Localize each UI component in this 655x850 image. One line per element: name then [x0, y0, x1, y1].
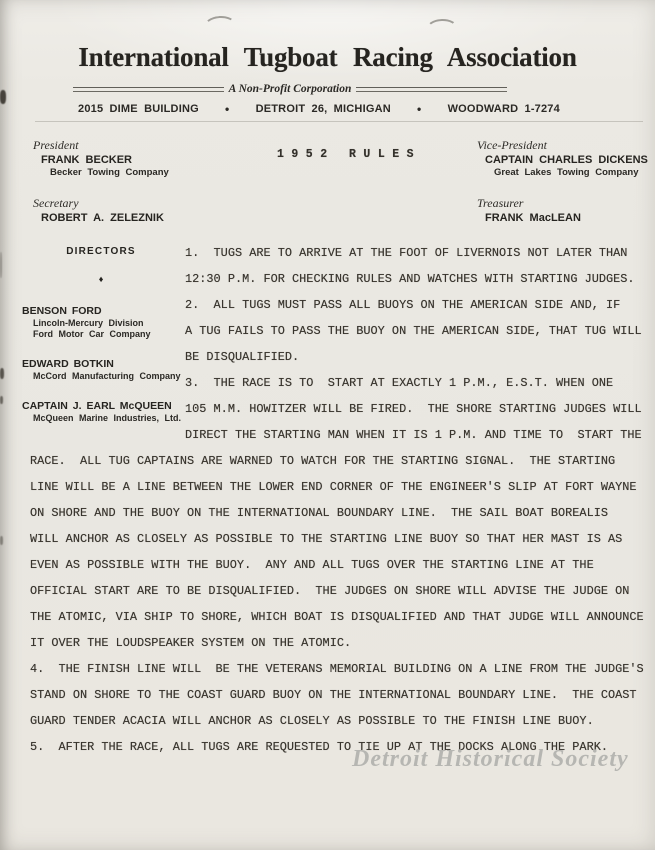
bullet-separator-icon: • [225, 102, 229, 116]
officer-role: Treasurer [477, 196, 581, 211]
scan-artifact [0, 90, 6, 104]
officer-president: President FRANK BECKER Becker Towing Com… [33, 138, 169, 178]
address-phone: WOODWARD 1-7274 [448, 103, 560, 115]
typed-rules-body: 1. TUGS ARE TO ARRIVE AT THE FOOT OF LIV… [30, 240, 650, 760]
officer-name: ROBERT A. ZELEZNIK [33, 212, 164, 224]
rule-line-left [73, 87, 224, 92]
tagline-rule-row: A Non-Profit Corporation [73, 83, 507, 95]
rules-text-line: 4. THE FINISH LINE WILL BE THE VETERANS … [30, 656, 650, 682]
document-title: 1 9 5 2 R U L E S [277, 148, 414, 161]
officer-vice-president: Vice-President CAPTAIN CHARLES DICKENS G… [477, 138, 648, 178]
scan-artifact [0, 396, 3, 404]
officer-name: CAPTAIN CHARLES DICKENS [477, 154, 648, 166]
tagline: A Non-Profit Corporation [229, 83, 352, 95]
officer-name: FRANK BECKER [33, 154, 169, 166]
watermark-text: Detroit Historical Society [352, 746, 629, 773]
rules-text-line: IT OVER THE LOUDSPEAKER SYSTEM ON THE AT… [30, 630, 650, 656]
rules-text-line: BE DISQUALIFIED. [30, 344, 650, 370]
rules-text-line: 105 M.M. HOWITZER WILL BE FIRED. THE SHO… [30, 396, 650, 422]
officer-treasurer: Treasurer FRANK MacLEAN [477, 196, 581, 224]
officer-affiliation: Great Lakes Towing Company [477, 167, 648, 178]
officer-affiliation: Becker Towing Company [33, 167, 169, 178]
rules-text-line: 12:30 P.M. FOR CHECKING RULES AND WATCHE… [30, 266, 650, 292]
scan-artifact [0, 252, 2, 278]
rules-text-line: ON SHORE AND THE BUOY ON THE INTERNATION… [30, 500, 650, 526]
scan-artifact [0, 368, 4, 379]
officer-role: President [33, 138, 169, 153]
rules-text-line: WILL ANCHOR AS CLOSELY AS POSSIBLE TO TH… [30, 526, 650, 552]
bullet-separator-icon: • [417, 102, 421, 116]
rules-text-line: EVEN AS POSSIBLE WITH THE BUOY. ANY AND … [30, 552, 650, 578]
rules-text-line: 3. THE RACE IS TO START AT EXACTLY 1 P.M… [30, 370, 650, 396]
letterhead-divider-line [35, 121, 643, 122]
rule-line-right [356, 87, 507, 92]
letterhead-address-row: 2015 DIME BUILDING • DETROIT 26, MICHIGA… [78, 102, 560, 116]
officer-name: FRANK MacLEAN [477, 212, 581, 224]
rules-text-line: GUARD TENDER ACACIA WILL ANCHOR AS CLOSE… [30, 708, 650, 734]
rules-text-line: THE ATOMIC, VIA SHIP TO SHORE, WHICH BOA… [30, 604, 650, 630]
organization-name: International Tugboat Racing Association [0, 42, 655, 73]
rules-text-line: LINE WILL BE A LINE BETWEEN THE LOWER EN… [30, 474, 650, 500]
rules-text-line: OFFICIAL START ARE TO BE DISQUALIFIED. T… [30, 578, 650, 604]
officer-role: Secretary [33, 196, 164, 211]
address-building: 2015 DIME BUILDING [78, 103, 199, 115]
scanned-document-page: International Tugboat Racing Association… [0, 0, 655, 850]
hole-punch-mark-left [203, 15, 236, 37]
scan-artifact [0, 536, 3, 545]
address-city: DETROIT 26, MICHIGAN [256, 103, 391, 115]
rules-text-line: 1. TUGS ARE TO ARRIVE AT THE FOOT OF LIV… [30, 240, 650, 266]
rules-text-line: 2. ALL TUGS MUST PASS ALL BUOYS ON THE A… [30, 292, 650, 318]
officer-role: Vice-President [477, 138, 648, 153]
officer-secretary: Secretary ROBERT A. ZELEZNIK [33, 196, 164, 224]
rules-text-line: RACE. ALL TUG CAPTAINS ARE WARNED TO WAT… [30, 448, 650, 474]
rules-text-line: DIRECT THE STARTING MAN WHEN IT IS 1 P.M… [30, 422, 650, 448]
hole-punch-mark-right [426, 18, 459, 39]
rules-text-line: A TUG FAILS TO PASS THE BUOY ON THE AMER… [30, 318, 650, 344]
rules-text-line: STAND ON SHORE TO THE COAST GUARD BUOY O… [30, 682, 650, 708]
